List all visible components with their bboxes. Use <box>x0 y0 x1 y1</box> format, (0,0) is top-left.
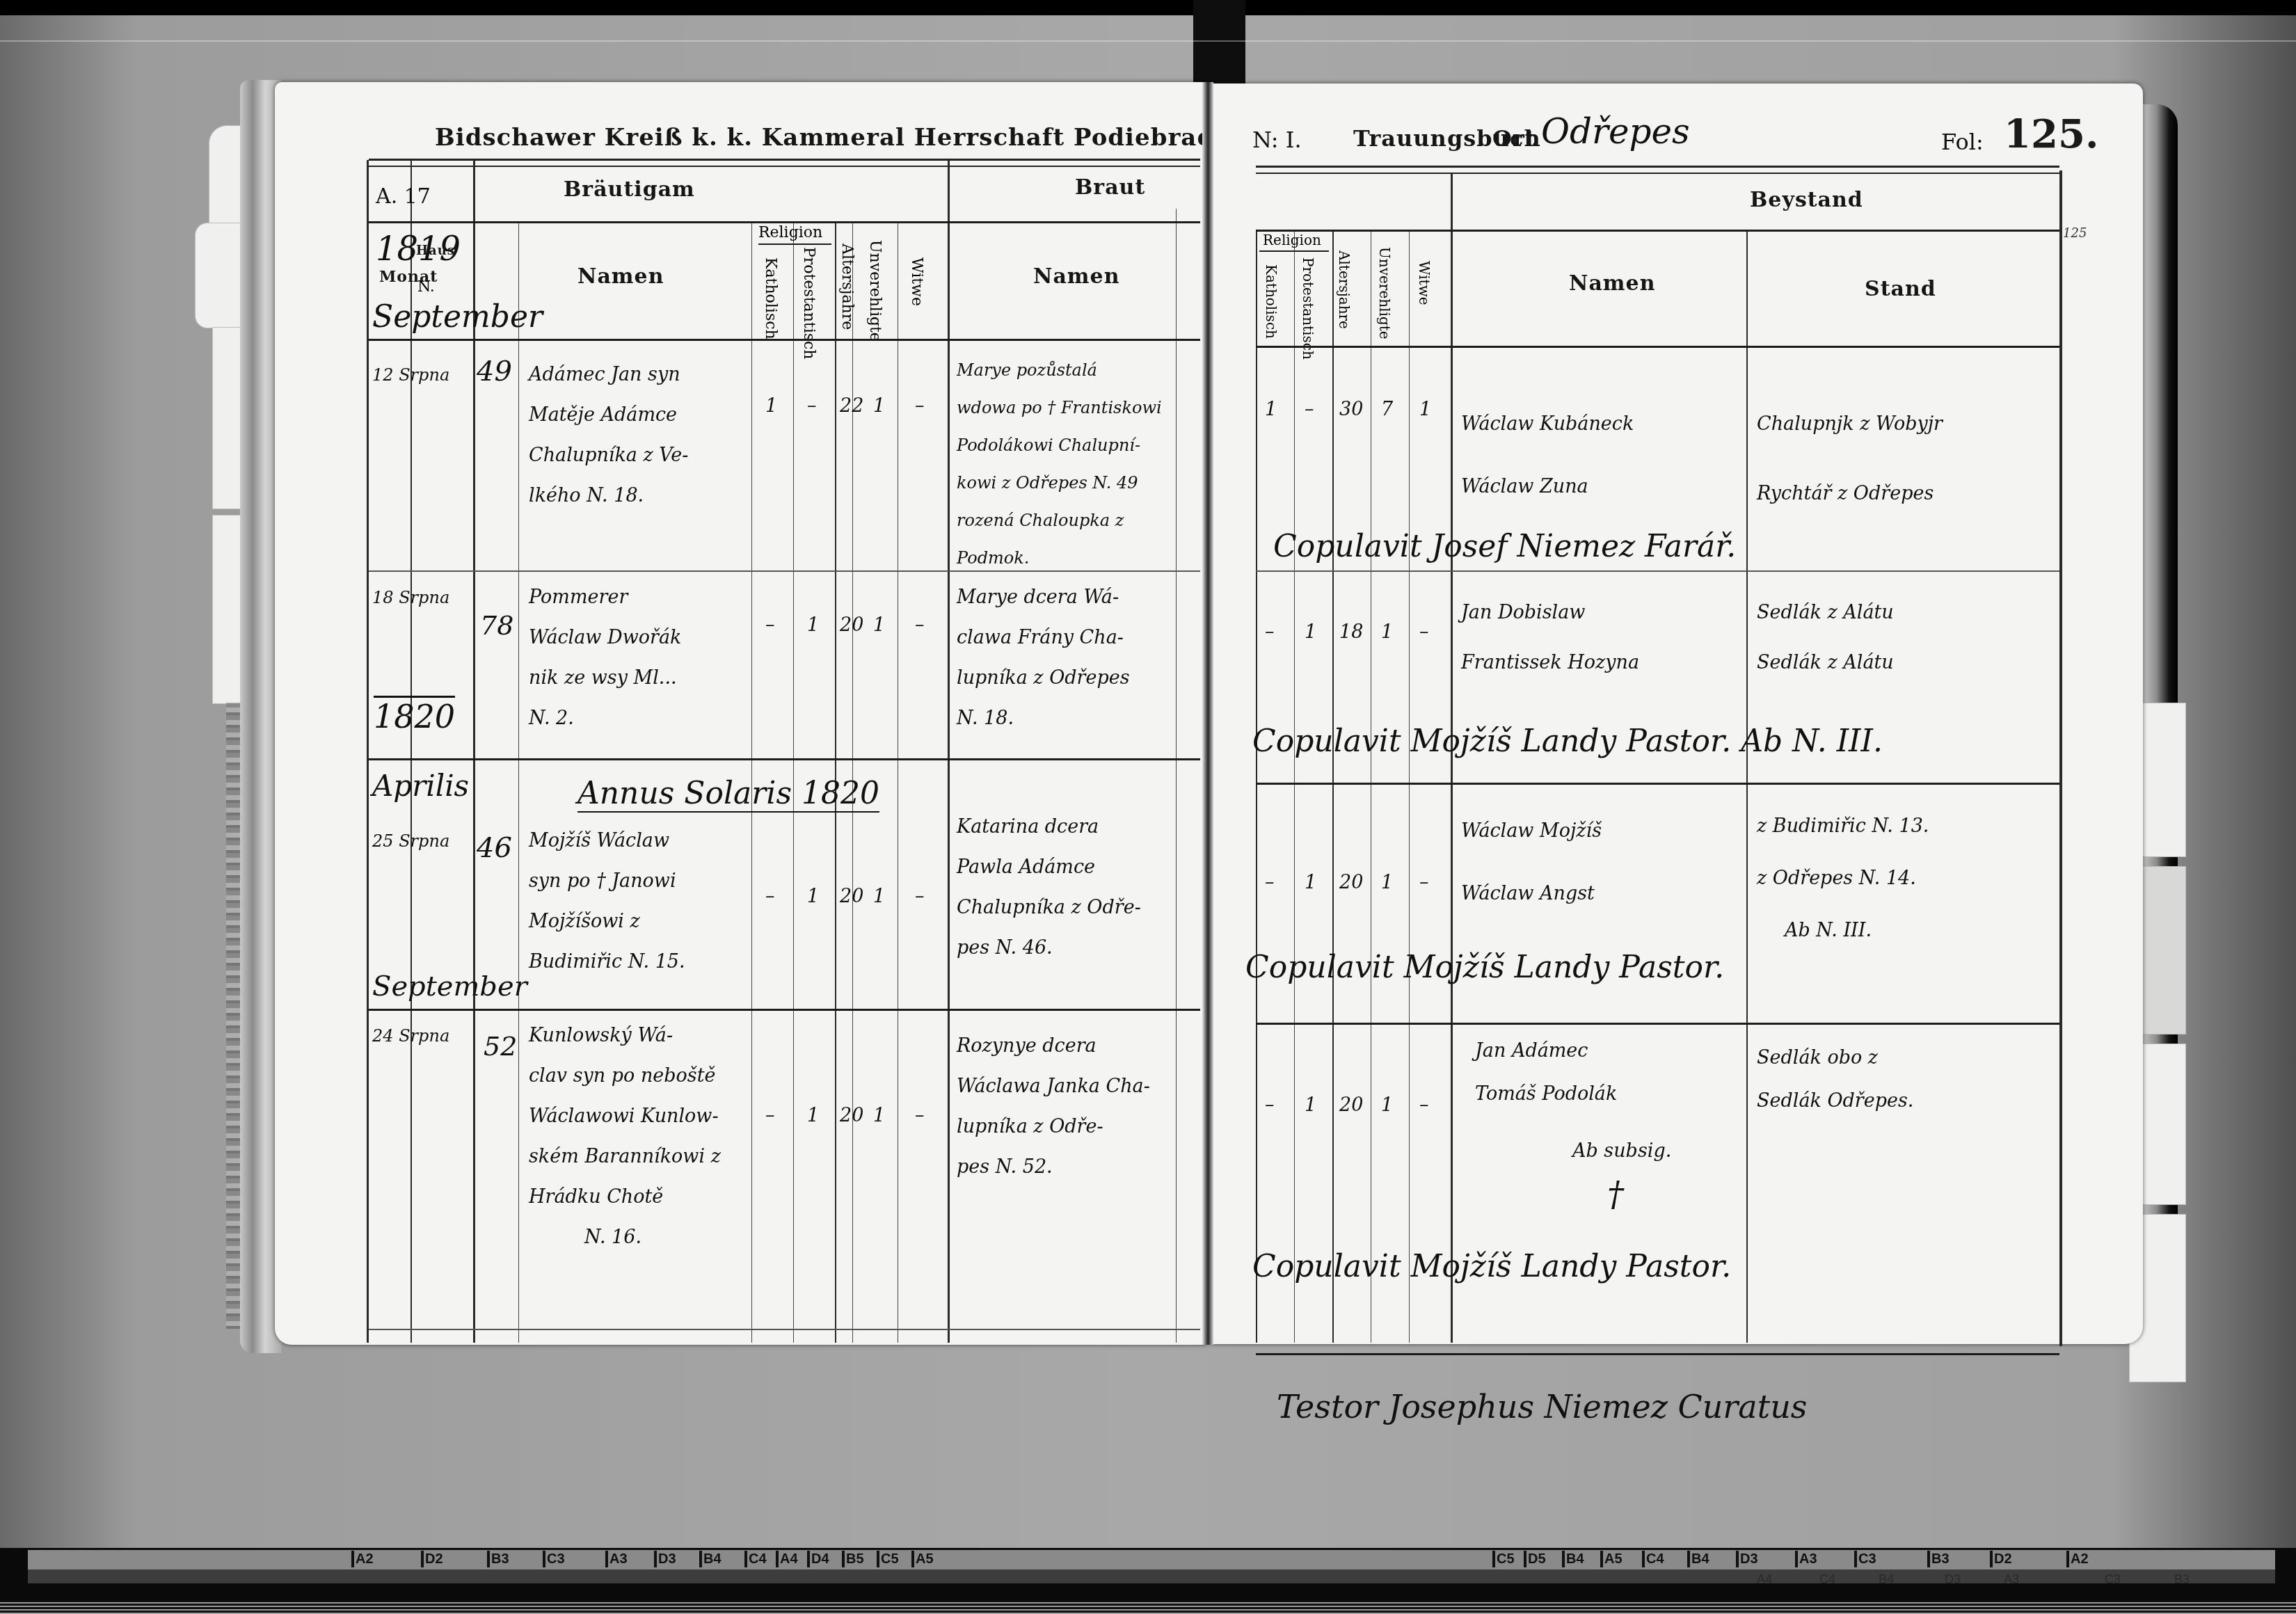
groom-names-header: Namen <box>577 264 664 289</box>
age-header: Altersjahre <box>1336 250 1353 329</box>
entry-3-witnesses: Wáclaw MojžíšWáclaw Angst <box>1461 800 1739 925</box>
entry-2-bride-protestant: 1 <box>1305 612 1316 653</box>
religion-header: Religion <box>758 224 822 241</box>
entry-3-bride-age: 20 <box>1339 863 1363 903</box>
row-rule <box>1256 1353 2059 1355</box>
column-rule <box>473 160 475 1343</box>
month-september: September <box>372 299 543 335</box>
entry-3-bride-unmarried: 1 <box>1381 863 1393 903</box>
entry-2-bride-catholic: – <box>1265 612 1275 653</box>
film-label-top: A5 <box>1600 1551 1623 1567</box>
row-rule <box>369 758 1200 760</box>
scan-line <box>0 40 2296 42</box>
bride-names-header: Namen <box>1033 264 1120 289</box>
entry-4-copulavit: Copulavit Mojžíš Landy Pastor. <box>1252 1249 1731 1284</box>
entry-1-groom-protestant: – <box>807 386 817 426</box>
film-label-top: D3 <box>1736 1551 1758 1567</box>
entry-4-bride-unmarried: 1 <box>1381 1085 1393 1126</box>
entry-2-groom-protestant: 1 <box>807 605 819 646</box>
film-label-top: A4 <box>776 1551 798 1567</box>
film-label-top: A5 <box>911 1551 934 1567</box>
protestant-header: Protestantisch <box>800 247 818 360</box>
groom-header: Bräutigam <box>564 177 695 202</box>
entry-2-witness-status: Sedlák z AlátuSedlák z Alátu <box>1757 588 2056 688</box>
register-number: N: I. <box>1252 127 1302 153</box>
month-april: Aprilis <box>372 769 469 803</box>
year-1820: 1820 <box>374 696 455 735</box>
entry-4-bride-widow: – <box>1419 1085 1429 1126</box>
table-border <box>410 160 412 1343</box>
film-label-top: B4 <box>1687 1551 1709 1567</box>
house-label: Haus <box>416 243 455 258</box>
entry-3-date: 25 Srpna <box>372 821 449 861</box>
film-label-bottom: C4 <box>1819 1572 1835 1587</box>
entry-3-groom: Mojžíš Wáclawsyn po † JanowiMojžíšowi zB… <box>529 821 751 982</box>
film-label-top: C5 <box>877 1551 899 1567</box>
film-label-bottom: B4 <box>1879 1572 1894 1587</box>
film-label-top: C4 <box>1642 1551 1664 1567</box>
film-label-top: D3 <box>654 1551 676 1567</box>
religion-rule <box>758 243 831 245</box>
age-header: Altersjahre <box>838 243 856 330</box>
witness-names-header: Namen <box>1569 271 1656 296</box>
row-rule <box>369 1329 1200 1330</box>
entry-3-witness-status: z Budimiřic N. 13.z Odřepes N. 14.Ab N. … <box>1757 800 2056 957</box>
entry-2-bride-age: 18 <box>1339 612 1363 653</box>
left-page-header: Bidschawer Kreiß k. k. Kammeral Herrscha… <box>435 124 1214 152</box>
entry-4-groom-catholic: – <box>765 1096 775 1136</box>
film-label-bottom: A4 <box>1757 1572 1772 1587</box>
folio-number: 125. <box>2004 111 2098 157</box>
film-label-top: B3 <box>487 1551 509 1567</box>
entry-4-groom-age: 20 <box>840 1096 863 1136</box>
entry-1-groom-unmarried: 1 <box>873 386 885 426</box>
column-rule <box>1746 230 1748 1343</box>
annus-solaris: Annus Solaris 1820 <box>577 776 879 813</box>
catholic-header: Katholisch <box>1263 264 1279 339</box>
entry-3-house: 46 <box>477 828 512 868</box>
column-rule <box>1332 230 1334 1343</box>
table-border <box>1256 230 1257 1343</box>
entry-4-witness-status: Sedlák obo zSedlák Odřepes. <box>1757 1037 2056 1123</box>
entry-3-groom-unmarried: 1 <box>873 877 885 917</box>
entry-2-house: 78 <box>480 605 513 646</box>
book-spine-shadow <box>1193 0 1245 90</box>
film-label-bottom: D3 <box>1945 1572 1961 1587</box>
entry-1-house: 49 <box>477 351 512 392</box>
testor-signature: Testor Josephus Niemez Curatus <box>1277 1388 1807 1425</box>
film-label-top: C3 <box>543 1551 565 1567</box>
widow-header: Witwe <box>1416 261 1433 305</box>
entry-4-groom: Kunlowský Wá-clav syn po neboštěWáclawow… <box>529 1016 751 1258</box>
column-rule <box>1371 230 1371 1343</box>
column-rule <box>1294 230 1295 1343</box>
entry-4-witnesses: Jan AdámecTomáš Podolák Ab subsig. † <box>1475 1030 1739 1216</box>
header-double-rule <box>1256 166 2059 174</box>
folio-label: Fol: <box>1941 129 1984 155</box>
row-rule <box>1256 1023 2059 1025</box>
entry-4-bride: Rozynye dceraWáclawa Janka Cha-lupníka z… <box>957 1026 1179 1188</box>
film-label-top: A2 <box>2066 1551 2089 1567</box>
entry-1-bride: Marye pozůstaláwdowa po † FrantiskowiPod… <box>957 351 1179 577</box>
entry-3-groom-protestant: 1 <box>807 877 819 917</box>
entry-1-witness-status: Chalupnjk z WobyjrRychtář z Odřepes <box>1757 390 2056 529</box>
entry-3-bride: Katarina dceraPawla AdámceChalupníka z O… <box>957 807 1179 968</box>
column-rule <box>948 160 950 1343</box>
header-bottom-rule <box>369 339 1200 341</box>
entry-3-copulavit: Copulavit Mojžíš Landy Pastor. <box>1245 950 1724 985</box>
folio-pencil-number: 125 <box>2063 226 2087 241</box>
entry-1-groom-catholic: 1 <box>765 386 777 426</box>
entry-1-groom-age: 22 <box>840 386 863 426</box>
film-label-top: D5 <box>1524 1551 1546 1567</box>
header-bottom-rule <box>1256 346 2059 348</box>
film-label-top: C4 <box>744 1551 767 1567</box>
unmarried-header: Unverehligte <box>1376 247 1393 339</box>
row-rule <box>1256 570 2059 572</box>
film-label-top: A2 <box>351 1551 374 1567</box>
column-rule <box>1409 230 1410 1343</box>
entry-1-witnesses: Wáclaw KubáneckWáclaw Zuna <box>1461 393 1739 518</box>
widower-header: Witwe <box>908 257 925 306</box>
entry-1-bride-unmarried: 7 <box>1381 390 1393 430</box>
entry-4-bride-protestant: 1 <box>1305 1085 1316 1126</box>
film-label-top: D2 <box>421 1551 443 1567</box>
row-rule <box>369 1009 1200 1011</box>
entry-2-groom-widower: – <box>915 605 925 646</box>
entry-2-groom-unmarried: 1 <box>873 605 885 646</box>
film-label-top: A3 <box>1795 1551 1817 1567</box>
month-september-2: September <box>372 970 527 1002</box>
entry-2-groom: PommererWáclaw Dwořáknik ze wsy Ml...N. … <box>529 577 751 739</box>
microfilm-perforation <box>0 1600 2296 1614</box>
header-rule <box>1256 230 2059 232</box>
entry-4-date: 24 Srpna <box>372 1016 449 1056</box>
entry-1-groom: Adámec Jan synMatěje AdámceChalupníka z … <box>529 355 751 516</box>
entry-4-groom-widower: – <box>915 1096 925 1136</box>
entry-4-groom-unmarried: 1 <box>873 1096 885 1136</box>
book-gutter <box>1202 82 1213 1345</box>
header-double-rule <box>369 159 1200 167</box>
column-rule <box>518 223 519 1343</box>
unmarried-header: Unverehligte <box>866 240 884 342</box>
film-label-top: D2 <box>1990 1551 2012 1567</box>
entry-2-groom-catholic: – <box>765 605 775 646</box>
film-label-top: B4 <box>699 1551 722 1567</box>
film-label-bottom: A3 <box>2004 1572 2019 1587</box>
catholic-header: Katholisch <box>762 257 779 339</box>
film-label-top: C3 <box>1854 1551 1876 1567</box>
entry-4-house: 52 <box>484 1026 517 1066</box>
entry-1-bride-widow: 1 <box>1419 390 1431 430</box>
film-label-bottom: B3 <box>2174 1572 2190 1587</box>
bride-header: Braut <box>1075 175 1145 200</box>
witness-header: Beystand <box>1750 188 1863 212</box>
entry-2-witnesses: Jan DobislawFrantissek Hozyna <box>1461 588 1739 688</box>
film-label-top: B3 <box>1927 1551 1950 1567</box>
column-rule <box>898 223 898 1343</box>
header-rule <box>369 221 1200 223</box>
film-label-top: B4 <box>1562 1551 1584 1567</box>
entry-1-bride-catholic: 1 <box>1265 390 1277 430</box>
entry-1-copulavit: Copulavit Josef Niemez Farář. <box>1273 529 1736 564</box>
entry-3-bride-catholic: – <box>1265 863 1275 903</box>
entry-2-groom-age: 20 <box>840 605 863 646</box>
film-label-bottom: C3 <box>2105 1572 2121 1587</box>
witness-status-header: Stand <box>1865 277 1936 301</box>
entry-3-groom-widower: – <box>915 877 925 917</box>
entry-2-bride-unmarried: 1 <box>1381 612 1393 653</box>
entry-2-copulavit: Copulavit Mojžíš Landy Pastor. Ab N. III… <box>1252 724 1883 759</box>
religion-rule <box>1259 250 1329 252</box>
microfilm-index-bar-lower <box>28 1569 2275 1583</box>
entry-3-bride-protestant: 1 <box>1305 863 1316 903</box>
house-no-label: N. <box>417 278 435 296</box>
entry-3-groom-catholic: – <box>765 877 775 917</box>
entry-1-bride-protestant: – <box>1305 390 1314 430</box>
table-border <box>2059 170 2062 1346</box>
entry-2-date: 18 Srpna <box>372 577 449 618</box>
film-label-top: C5 <box>1492 1551 1515 1567</box>
entry-2-bride-widow: – <box>1419 612 1429 653</box>
film-label-top: A3 <box>605 1551 628 1567</box>
entry-1-groom-widower: – <box>915 386 925 426</box>
entry-4-bride-catholic: – <box>1265 1085 1275 1126</box>
entry-2-bride: Marye dcera Wá-clawa Frány Cha-lupníka z… <box>957 577 1179 739</box>
film-label-top: D4 <box>807 1551 829 1567</box>
entry-3-bride-widow: – <box>1419 863 1429 903</box>
religion-header: Religion <box>1263 232 1321 248</box>
entry-1-date: 12 Srpna <box>372 355 449 395</box>
film-top-edge <box>0 0 2296 15</box>
entry-4-bride-age: 20 <box>1339 1085 1363 1126</box>
place-label: Ort <box>1492 125 1536 152</box>
place-value: Odřepes <box>1541 111 1690 152</box>
entry-3-groom-age: 20 <box>840 877 863 917</box>
row-rule <box>1256 783 2059 785</box>
protestant-header: Protestantisch <box>1300 257 1316 360</box>
entry-1-bride-age: 30 <box>1339 390 1363 430</box>
film-label-top: B5 <box>842 1551 864 1567</box>
table-border <box>367 160 369 1343</box>
entry-4-groom-protestant: 1 <box>807 1096 819 1136</box>
section-label: A. 17 <box>376 184 431 209</box>
